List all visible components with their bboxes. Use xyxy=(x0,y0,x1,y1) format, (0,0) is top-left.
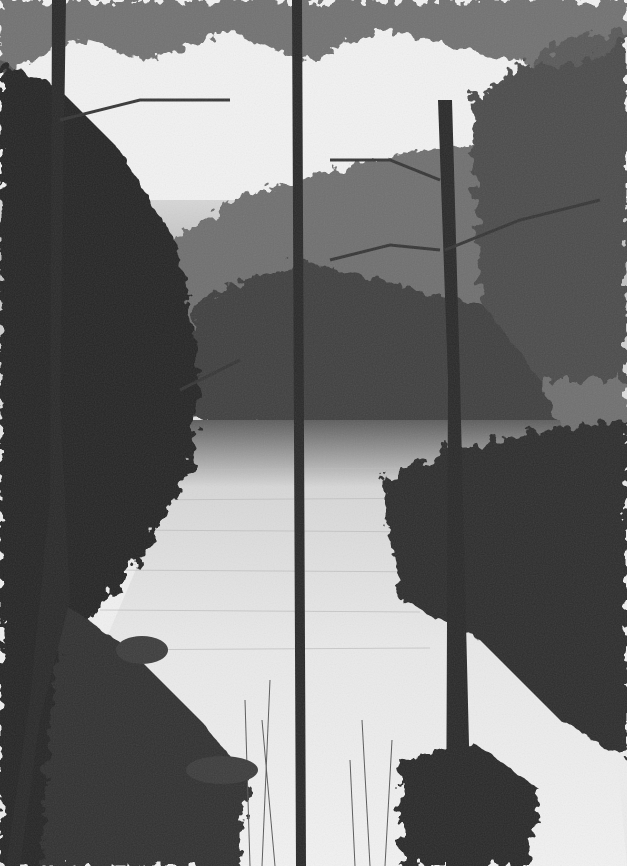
river-photograph xyxy=(0,0,627,866)
film-grain xyxy=(0,0,627,866)
scene xyxy=(0,0,627,866)
